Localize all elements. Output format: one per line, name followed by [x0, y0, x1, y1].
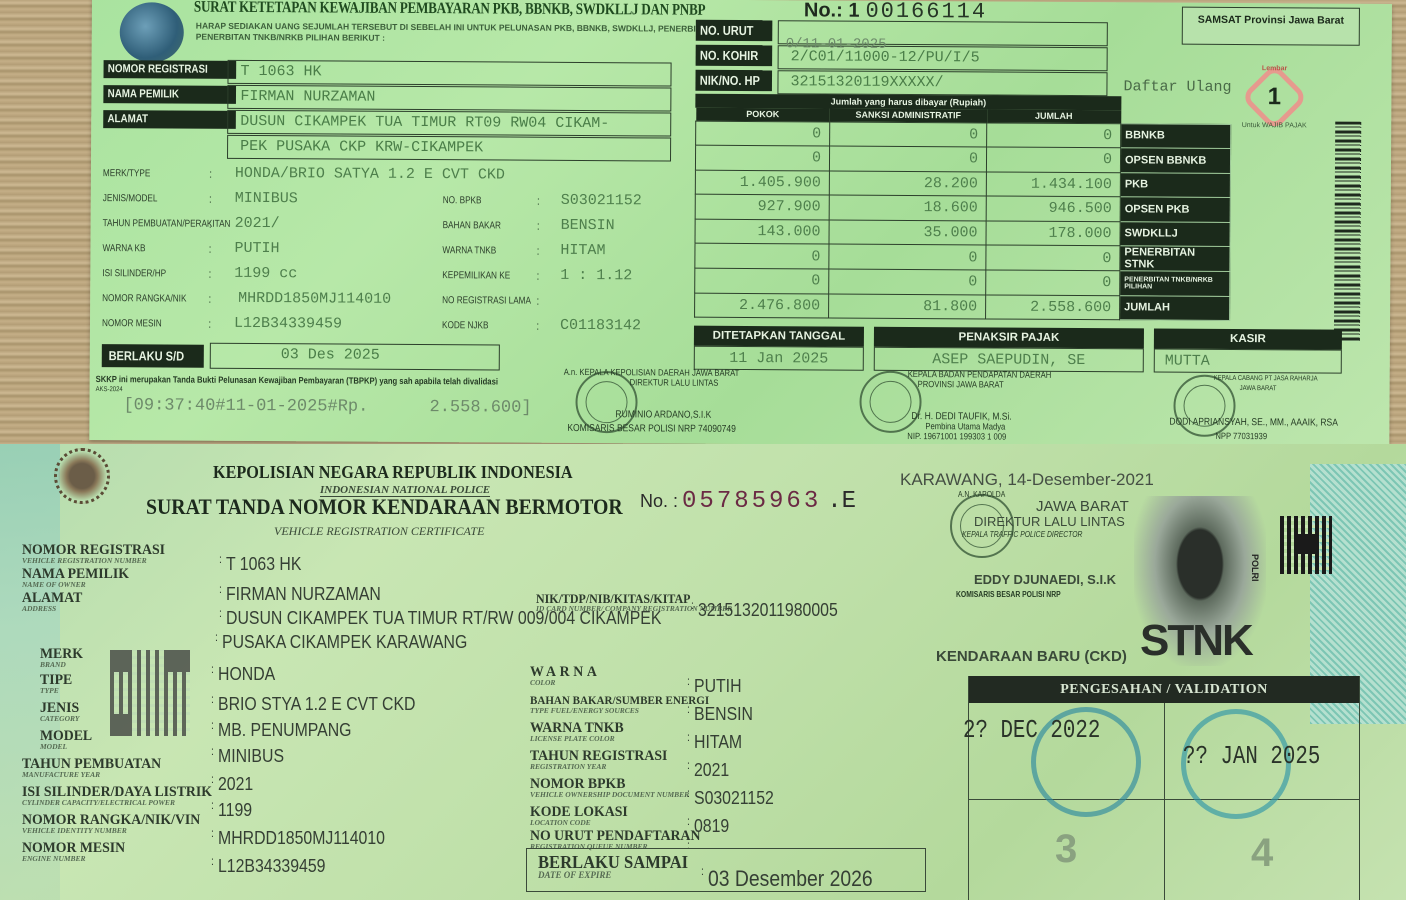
issued-place-date: KARAWANG, 14-Desember-2021 — [900, 470, 1154, 490]
payment-sanksi: 18.600 — [829, 195, 986, 220]
colon: : — [536, 294, 539, 308]
colon: : — [208, 292, 211, 306]
stnk-number-suffix: .E — [827, 488, 856, 515]
label-penaksir: PENAKSIR PAJAK — [874, 327, 1144, 349]
skkp-vehicle-value: L12B34339459 — [234, 315, 342, 333]
lembar-number: 1 — [1268, 83, 1282, 111]
payment-jumlah: 2.558.600 — [986, 294, 1120, 319]
payment-pokok: 0 — [696, 121, 830, 146]
stnk-label-en: LOCATION CODE — [530, 819, 636, 827]
stnk-heading-title-en: VEHICLE REGISTRATION CERTIFICATE — [274, 524, 484, 539]
stnk-field-label: TAHUN REGISTRASI REGISTRATION YEAR — [530, 750, 679, 771]
label-alamat: ALAMAT — [103, 110, 236, 129]
payment-jumlah: 0 — [987, 122, 1121, 147]
colon: : — [208, 242, 211, 256]
stnk-vehicle-registration-certificate: KEPOLISIAN NEGARA REPUBLIK INDONESIA IND… — [0, 444, 1406, 900]
stnk-label: ALAMAT — [22, 592, 82, 605]
stnk-label: ISI SILINDER/DAYA LISTRIK — [22, 786, 212, 799]
payment-row-label: PKB — [1120, 172, 1230, 197]
stnk-label: WARNA — [530, 666, 601, 679]
payment-row-label: OPSEN PKB — [1120, 197, 1230, 222]
payment-row: 0 0 0 BBNKB — [696, 121, 1231, 149]
label-no-urut: NO. URUT — [696, 20, 773, 41]
value-kasir: MUTTA — [1154, 348, 1342, 373]
cell-number-4: 4 — [1251, 831, 1273, 876]
value-nomor-registrasi: T 1063 HK — [227, 60, 671, 87]
validation-header: PENGESAHAN / VALIDATION — [969, 676, 1359, 703]
payment-pokok: 927.900 — [695, 194, 829, 219]
label-nomor-registrasi: NOMOR REGISTRASI — [103, 60, 236, 79]
tbpkp-note: SKKP ini merupakan Tanda Bukti Pelunasan… — [96, 374, 498, 386]
stnk-field-value: FIRMAN NURZAMAN — [226, 584, 381, 605]
stnk-field-value-line2: PUSAKA CIKAMPEK KARAWANG — [222, 632, 467, 653]
stnk-label-en: TYPE — [40, 687, 75, 695]
skkp-vehicle-label: WARNA KB — [102, 243, 145, 254]
validation-date-2: ?? JAN 2025 — [1183, 741, 1320, 771]
colon: : — [209, 217, 212, 231]
payment-row-label: SWDKLLJ — [1120, 221, 1230, 246]
stnk-label: TIPE — [40, 674, 72, 687]
payment-column-header: SANKSI ADMINISTRATIF — [830, 109, 987, 123]
stnk-label: NOMOR REGISTRASI — [22, 544, 165, 557]
payment-pokok: 2.476.800 — [695, 293, 829, 318]
lembar-sub: Untuk WAJIB PAJAK — [1242, 122, 1307, 129]
skkp-vehicle-value: HITAM — [560, 242, 605, 259]
note-code: AKS-2024 — [96, 386, 123, 393]
stnk-field-label: JENIS CATEGORY — [40, 702, 83, 723]
stnk-label: TAHUN REGISTRASI — [530, 750, 667, 763]
payment-row: 0 0 0 OPSEN BBNKB — [695, 145, 1230, 173]
stnk-label-en: ENGINE NUMBER — [22, 855, 134, 863]
payment-row: 143.000 35.000 178.000 SWDKLLJ — [695, 219, 1230, 247]
stnk-label: NAMA PEMILIK — [22, 568, 129, 581]
colon: : — [208, 267, 211, 281]
skkp-vehicle-value: MINIBUS — [235, 190, 298, 207]
stnk-field-value: MINIBUS — [218, 746, 284, 767]
colon: : — [536, 269, 539, 283]
sig2-title: Pembina Utama Madya — [925, 421, 1005, 431]
stnk-label: JENIS — [40, 702, 79, 715]
payment-sanksi: 0 — [830, 122, 987, 147]
payment-sanksi: 0 — [829, 244, 986, 270]
stnk-field-value: T 1063 HK — [226, 554, 301, 575]
stnk-field-label: NOMOR MESIN ENGINE NUMBER — [22, 842, 134, 863]
payment-jumlah: 1.434.100 — [986, 171, 1120, 196]
issuer-title: DIREKTUR LALU LINTAS — [974, 514, 1125, 529]
stnk-label-en: BRAND — [40, 661, 87, 669]
sig3-line2: JAWA BARAT — [1240, 385, 1277, 392]
stnk-field-label: NAMA PEMILIK NAME OF OWNER — [22, 568, 138, 589]
colon: : — [208, 317, 211, 331]
stnk-field-label: WARNA TNKB LICENSE PLATE COLOR — [530, 722, 632, 743]
stnk-field-value: HONDA — [218, 664, 275, 685]
stnk-label-en: MANUFACTURE YEAR — [22, 771, 173, 779]
payment-jumlah: 178.000 — [986, 220, 1120, 245]
lembar-caption: Lembar — [1262, 65, 1287, 72]
validation-grid: PENGESAHAN / VALIDATION 3 4 2? DEC 2022 … — [968, 676, 1360, 900]
stnk-label-en: CYLINDER CAPACITY/ELECTRICAL POWER — [22, 799, 228, 807]
issuer-on-behalf: A.N. KAPOLDA — [958, 490, 1005, 499]
qr-code-icon — [110, 650, 190, 736]
stnk-field-value: HITAM — [694, 732, 742, 753]
colon: : — [536, 244, 539, 258]
label-nik-hp: NIK/NO. HP — [695, 70, 772, 91]
skkp-vehicle-value: 1199 cc — [234, 265, 297, 282]
colon: : — [209, 167, 212, 181]
daftar-ulang-label: Daftar Ulang — [1123, 78, 1231, 96]
payment-column-spacer — [1121, 110, 1231, 124]
skkp-subtitle: HARAP SEDIAKAN UANG SEJUMLAH TERSEBUT DI… — [196, 21, 776, 47]
stnk-field-value: S03021152 — [694, 788, 774, 809]
value-berlaku-sampai: 03 Desember 2026 — [708, 866, 873, 892]
skkp-tax-assessment-document: SURAT KETETAPAN KEWAJIBAN PEMBAYARAN PKB… — [89, 0, 1392, 448]
stnk-field-value: L12B34339459 — [218, 856, 325, 877]
stnk-field-value: MB. PENUMPANG — [218, 720, 351, 741]
payment-pokok: 0 — [695, 145, 829, 170]
stnk-field-label: WARNA COLOR — [530, 666, 607, 687]
stnk-label: KODE LOKASI — [530, 806, 628, 819]
stnk-field-label: NOMOR BPKB VEHICLE OWNERSHIP DOCUMENT NU… — [530, 778, 689, 799]
payment-column-header: JUMLAH — [987, 109, 1121, 123]
data-matrix-icon — [1280, 516, 1332, 574]
stnk-field-value: BENSIN — [694, 704, 753, 725]
payment-row-label: PENERBITAN TNKB/NRKB PILIHAN — [1120, 271, 1230, 296]
cell-number-3: 3 — [1055, 827, 1077, 872]
stnk-field-value: 2021 — [694, 760, 729, 781]
validation-print-line: [09:37:40#11-01-2025#Rp. 2.558.600] — [123, 396, 531, 417]
skkp-vehicle-label: KEPEMILIKAN KE — [442, 270, 510, 281]
stnk-label: BAHAN BAKAR/SUMBER ENERGI — [530, 694, 709, 707]
stnk-heading-title: SURAT TANDA NOMOR KENDARAAN BERMOTOR — [146, 494, 623, 520]
barcode-icon — [1334, 122, 1361, 342]
payment-sanksi: 81.800 — [829, 294, 986, 319]
label-berlaku-sampai: BERLAKU SAMPAI DATE OF EXPIRE — [538, 854, 701, 879]
stnk-field-value: BRIO STYA 1.2 E CVT CKD — [218, 694, 415, 715]
sig1-id: KOMISARIS BESAR POLISI NRP 74090749 — [567, 423, 736, 435]
police-emblem-icon — [54, 448, 110, 504]
stnk-field-label: KODE LOKASI LOCATION CODE — [530, 806, 636, 827]
value-nik-hp: 32151320119XXXXX/ — [777, 70, 1107, 96]
payment-pokok: 1.405.900 — [695, 170, 829, 195]
stnk-label-en: COLOR — [530, 679, 607, 687]
payment-row: 927.900 18.600 946.500 OPSEN PKB — [695, 194, 1230, 222]
polri-vertical-text: POLRI — [1250, 554, 1260, 582]
stnk-field-label: ALAMAT ADDRESS — [22, 592, 88, 613]
stnk-number-value: 05785963 — [682, 488, 821, 515]
payment-sanksi: 35.000 — [829, 220, 986, 245]
payment-jumlah: 946.500 — [986, 196, 1120, 221]
colon: : — [537, 194, 540, 208]
payment-row-label: PENERBITAN STNK — [1120, 246, 1230, 272]
skkp-title: SURAT KETETAPAN KEWAJIBAN PEMBAYARAN PKB… — [194, 0, 705, 20]
stnk-field-label: TAHUN PEMBUATAN MANUFACTURE YEAR — [22, 758, 173, 779]
payment-sanksi: 0 — [829, 269, 986, 294]
skkp-vehicle-value: 1 : 1.12 — [560, 267, 632, 284]
stnk-label-en: REGISTRATION YEAR — [530, 763, 679, 771]
number-label: No.: 1 — [804, 0, 860, 22]
stnk-number: No. :05785963.E — [640, 488, 856, 515]
stnk-field-value: MHRDD1850MJ114010 — [218, 828, 385, 849]
skkp-vehicle-label: NO REGISTRASI LAMA — [442, 295, 531, 307]
skkp-vehicle-value: C01183142 — [560, 317, 641, 334]
skkp-vehicle-label: BAHAN BAKAR — [443, 220, 501, 231]
skkp-vehicle-label: MERK/TYPE — [103, 168, 150, 179]
stnk-field-label: MERK BRAND — [40, 648, 87, 669]
stnk-label: MERK — [40, 648, 83, 661]
colon: : — [209, 192, 212, 206]
payment-row: 0 0 0 PENERBITAN TNKB/NRKB PILIHAN — [695, 268, 1230, 296]
sig3-line1: KEPALA CABANG PT JASA RAHARJA — [1214, 375, 1318, 383]
payment-column-header: POKOK — [696, 108, 830, 122]
issuer-rank: KOMISARIS BESAR POLISI NRP — [956, 590, 1061, 599]
stnk-number-label: No. : — [640, 491, 678, 511]
payment-pokok: 0 — [695, 268, 829, 293]
skkp-vehicle-label: NOMOR RANGKA/NIK — [102, 293, 186, 305]
stnk-label-en: NAME OF OWNER — [22, 581, 138, 589]
hologram-seal-icon — [120, 2, 184, 62]
stnk-label: WARNA TNKB — [530, 722, 624, 735]
stnk-label: TAHUN PEMBUATAN — [22, 758, 161, 771]
skkp-vehicle-label: NO. BPKB — [443, 195, 482, 206]
payment-jumlah: 0 — [986, 147, 1120, 172]
payment-sanksi: 28.200 — [829, 171, 986, 196]
sig1-name: RUMINIO ARDANO,S.I.K — [615, 409, 711, 421]
payment-pokok: 0 — [695, 243, 829, 269]
sig1-line1: A.n. KEPALA KEPOLISIAN DAERAH JAWA BARAT — [564, 367, 740, 378]
value-alamat-line2: PEK PUSAKA CKP KRW-CIKAMPEK — [227, 135, 671, 162]
label-no-kohir: NO. KOHIR — [696, 45, 773, 66]
stnk-label-en: LICENSE PLATE COLOR — [530, 735, 632, 743]
stnk-label-en: VEHICLE REGISTRATION NUMBER — [22, 557, 177, 565]
berlaku-label-en: DATE OF EXPIRE — [538, 871, 701, 879]
stnk-field-label: NOMOR REGISTRASI VEHICLE REGISTRATION NU… — [22, 544, 177, 565]
payment-row: 0 0 0 PENERBITAN STNK — [695, 243, 1230, 271]
payment-jumlah: 0 — [986, 270, 1120, 295]
sig1-line2: DIREKTUR LALU LINTAS — [630, 377, 719, 388]
payment-sanksi: 0 — [829, 146, 986, 171]
skkp-vehicle-value: PUTIH — [234, 240, 279, 257]
stnk-label: NOMOR RANGKA/NIK/VIN — [22, 814, 200, 827]
samsat-box: SAMSAT Provinsi Jawa Barat — [1182, 7, 1360, 46]
sig3-id: NPP 77031939 — [1215, 431, 1267, 441]
stnk-field-label: NOMOR RANGKA/NIK/VIN VEHICLE IDENTITY NU… — [22, 814, 216, 835]
kohir-overprint: 0/11-01-2025 — [786, 36, 887, 53]
berlaku-label: BERLAKU SAMPAI — [538, 854, 688, 871]
sig3-name: DODI APRIANSYAH, SE., MM., AAAIK, RSA — [1169, 417, 1338, 429]
value-alamat-line1: DUSUN CIKAMPEK TUA TIMUR RT09 RW04 CIKAM… — [227, 110, 671, 137]
issuer-region: JAWA BARAT — [1036, 498, 1129, 515]
payment-jumlah: 0 — [986, 245, 1120, 271]
skkp-vehicle-value: BENSIN — [561, 217, 615, 234]
label-nama-pemilik: NAMA PEMILIK — [103, 85, 236, 104]
colon: : — [537, 219, 540, 233]
label-ditetapkan: DITETAPKAN TANGGAL — [694, 326, 864, 347]
payment-row-label: BBNKB — [1121, 123, 1231, 148]
stnk-hologram-badge-icon: STNK — [1134, 496, 1266, 666]
skkp-vehicle-label: NOMOR MESIN — [102, 318, 162, 329]
payment-row: 1.405.900 28.200 1.434.100 PKB — [695, 170, 1230, 198]
skkp-vehicle-value: S03021152 — [561, 192, 642, 209]
skkp-vehicle-label: KODE NJKB — [442, 320, 489, 331]
stnk-field-label: ISI SILINDER/DAYA LISTRIK CYLINDER CAPAC… — [22, 786, 228, 807]
colon: : — [536, 319, 539, 333]
skkp-vehicle-label: ISI SILINDER/HP — [102, 268, 166, 279]
payment-row-label: OPSEN BBNKB — [1120, 148, 1230, 173]
payment-row: 2.476.800 81.800 2.558.600 JUMLAH — [695, 293, 1230, 321]
nik-label: NIK/TDP/NIB/KITAS/KITAP — [536, 592, 716, 605]
payment-pokok: 143.000 — [695, 219, 829, 244]
stnk-field-value: 1199 — [218, 800, 252, 821]
stnk-label-en: MODEL — [40, 743, 97, 751]
stnk-label-en: CATEGORY — [40, 715, 83, 723]
skkp-vehicle-label: WARNA TNKB — [442, 245, 496, 256]
sig2-line2: PROVINSI JAWA BARAT — [918, 379, 1004, 390]
sig2-id: NIP. 19671001 199303 1 009 — [907, 431, 1006, 442]
stnk-label: NO URUT PENDAFTARAN — [530, 830, 700, 843]
value-nik: 3215132011980005 — [698, 600, 838, 621]
value-berlaku-sd: 03 Des 2025 — [210, 343, 500, 371]
bapenda-stamp-icon — [859, 371, 921, 433]
payment-row-label: JUMLAH — [1120, 295, 1230, 320]
value-nama-pemilik: FIRMAN NURZAMAN — [227, 85, 671, 112]
stnk-field-label: TIPE TYPE — [40, 674, 75, 695]
skkp-vehicle-label: JENIS/MODEL — [103, 193, 158, 204]
kendaraan-baru-label: KENDARAAN BARU (CKD) — [936, 648, 1127, 665]
stnk-field-label: MODEL MODEL — [40, 730, 97, 751]
stnk-heading-police: KEPOLISIAN NEGARA REPUBLIK INDONESIA — [213, 462, 573, 483]
issuer-name: EDDY DJUNAEDI, S.I.K — [974, 572, 1116, 587]
stnk-label: MODEL — [40, 730, 92, 743]
validation-cells: 3 4 2? DEC 2022 ?? JAN 2025 — [969, 703, 1359, 900]
stnk-label: NOMOR MESIN — [22, 842, 125, 855]
stnk-label-en: VEHICLE OWNERSHIP DOCUMENT NUMBER — [530, 791, 689, 799]
stnk-label: NOMOR BPKB — [530, 778, 676, 791]
label-kasir: KASIR — [1154, 328, 1342, 349]
stnk-label-en: VEHICLE IDENTITY NUMBER — [22, 827, 216, 835]
stnk-badge-text: STNK — [1140, 616, 1252, 666]
issuer-title-en: KEPALA TRAFFIC POLICE DIRECTOR — [962, 530, 1082, 539]
validation-date-1: 2? DEC 2022 — [963, 715, 1100, 745]
payment-table: POKOKSANKSI ADMINISTRATIFJUMLAH 0 0 0 BB… — [694, 108, 1231, 321]
stnk-label-en: ADDRESS — [22, 605, 88, 613]
skkp-vehicle-value: MHRDD1850MJ114010 — [238, 290, 391, 308]
skkp-vehicle-value: 2021/ — [235, 215, 280, 232]
label-berlaku-sd: BERLAKU S/D — [102, 344, 204, 368]
lembar-badge: Lembar 1 Untuk WAJIB PAJAK — [1239, 65, 1309, 129]
skkp-vehicle-value: HONDA/BRIO SATYA 1.2 E CVT CKD — [235, 165, 505, 184]
